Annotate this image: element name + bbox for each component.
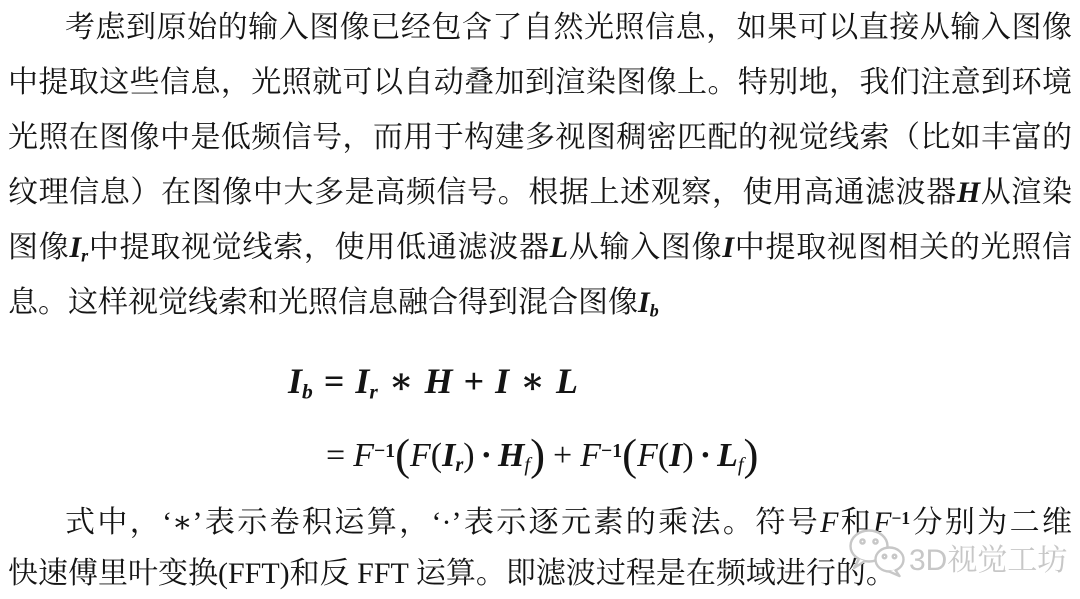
line-text: 图像 bbox=[8, 231, 69, 264]
equals-sign: = bbox=[324, 361, 345, 401]
right-paren-big: ) bbox=[744, 429, 759, 479]
text-line-4: 纹理信息）在图像中大多是高频信号。根据上述观察，使用高通滤波器H从渲染 bbox=[8, 165, 1072, 220]
left-paren: ( bbox=[431, 437, 442, 474]
math-var-F: F bbox=[637, 437, 658, 474]
math-var-F: F bbox=[820, 506, 838, 539]
math-var-Ib: I bbox=[288, 361, 302, 401]
math-sub-b: b bbox=[302, 379, 313, 403]
watermark: 3D视觉工坊 bbox=[848, 528, 1067, 586]
text-line-6: 息。这样视觉线索和光照信息融合得到混合图像Ib bbox=[8, 275, 1072, 330]
document-page: 考虑到原始的输入图像已经包含了自然光照信息，如果可以直接从输入图像 中提取这些信… bbox=[0, 0, 1080, 599]
equals-sign: = bbox=[326, 437, 345, 474]
text-line-5: 图像Ir中提取视觉线索，使用低通滤波器L从输入图像I中提取视图相关的光照信 bbox=[8, 220, 1072, 275]
text-line-3: 光照在图像中是低频信号，而用于构建多视图稠密匹配的视觉线索（比如丰富的 bbox=[8, 110, 1072, 165]
left-paren: ( bbox=[658, 437, 669, 474]
left-paren-big: ( bbox=[622, 429, 637, 479]
math-var-Ir: I bbox=[355, 361, 369, 401]
equation-2: =F−1(F(Ir)·Hf)+F−1(F(I)·Lf) bbox=[318, 424, 758, 479]
math-var-H: H bbox=[957, 176, 980, 209]
math-var-L: L bbox=[550, 231, 568, 264]
line-text: 中提取视觉线索，使用低通滤波器 bbox=[88, 231, 550, 264]
math-var-I: I bbox=[669, 437, 682, 474]
math-var-Lf: L bbox=[717, 437, 738, 474]
math-sup-inverse: −1 bbox=[892, 508, 911, 528]
line-text: 中提取这些信息，光照就可以自动叠加到渲染图像上。特别地，我们注意到环境 bbox=[8, 66, 1072, 99]
math-var-Ir: I bbox=[442, 437, 455, 474]
line-text: 息。这样视觉线索和光照信息融合得到混合图像 bbox=[8, 286, 638, 319]
convolution-operator: ∗ bbox=[520, 361, 545, 401]
math-var-L: L bbox=[556, 361, 578, 401]
wechat-icon bbox=[848, 528, 906, 586]
line-text: 中提取视图相关的光照信 bbox=[734, 231, 1072, 264]
left-paren-big: ( bbox=[395, 429, 410, 479]
math-var-Ib: I bbox=[638, 286, 650, 319]
line-text: 光照在图像中是低频信号，而用于构建多视图稠密匹配的视觉线索（比如丰富的 bbox=[8, 121, 1072, 154]
right-paren: ) bbox=[682, 437, 693, 474]
text-line-1: 考虑到原始的输入图像已经包含了自然光照信息，如果可以直接从输入图像 bbox=[8, 0, 1072, 55]
right-paren-big: ) bbox=[530, 429, 545, 479]
math-var-F: F bbox=[353, 437, 374, 474]
math-sup-inverse: −1 bbox=[374, 440, 395, 462]
convolution-operator: ∗ bbox=[389, 361, 414, 401]
math-sup-inverse: −1 bbox=[601, 440, 622, 462]
math-var-I: I bbox=[495, 361, 509, 401]
line-text: 纹理信息）在图像中大多是高频信号。根据上述观察，使用高通滤波器 bbox=[8, 176, 957, 209]
math-var-H: H bbox=[425, 361, 453, 401]
line-text: 快速傅里叶变换(FFT)和反 FFT 运算。即滤波过程是在频域进行的。 bbox=[8, 557, 896, 590]
watermark-label: 3D视觉工坊 bbox=[909, 535, 1067, 579]
math-var-F: F bbox=[410, 437, 431, 474]
right-paren: ) bbox=[463, 437, 474, 474]
text-line-2: 中提取这些信息，光照就可以自动叠加到渲染图像上。特别地，我们注意到环境 bbox=[8, 55, 1072, 110]
equation-1: Ib=Ir∗H+I∗L bbox=[288, 354, 578, 409]
line-text: 从渲染 bbox=[980, 176, 1072, 209]
line-text: 式中，‘∗’表示卷积运算，‘·’表示逐元素的乘法。符号 bbox=[65, 506, 820, 539]
math-var-F: F bbox=[580, 437, 601, 474]
dot-operator: · bbox=[481, 437, 492, 474]
dot-operator: · bbox=[700, 437, 711, 474]
plus-sign: + bbox=[553, 437, 572, 474]
math-var-Hf: H bbox=[498, 437, 524, 474]
math-sub-b: b bbox=[650, 301, 659, 321]
line-text: 从输入图像 bbox=[568, 231, 722, 264]
line-text: 考虑到原始的输入图像已经包含了自然光照信息，如果可以直接从输入图像 bbox=[65, 11, 1072, 44]
math-sub-r: r bbox=[369, 379, 377, 403]
math-var-I: I bbox=[722, 231, 734, 264]
math-var-Ir: I bbox=[69, 231, 81, 264]
plus-sign: + bbox=[464, 361, 485, 401]
